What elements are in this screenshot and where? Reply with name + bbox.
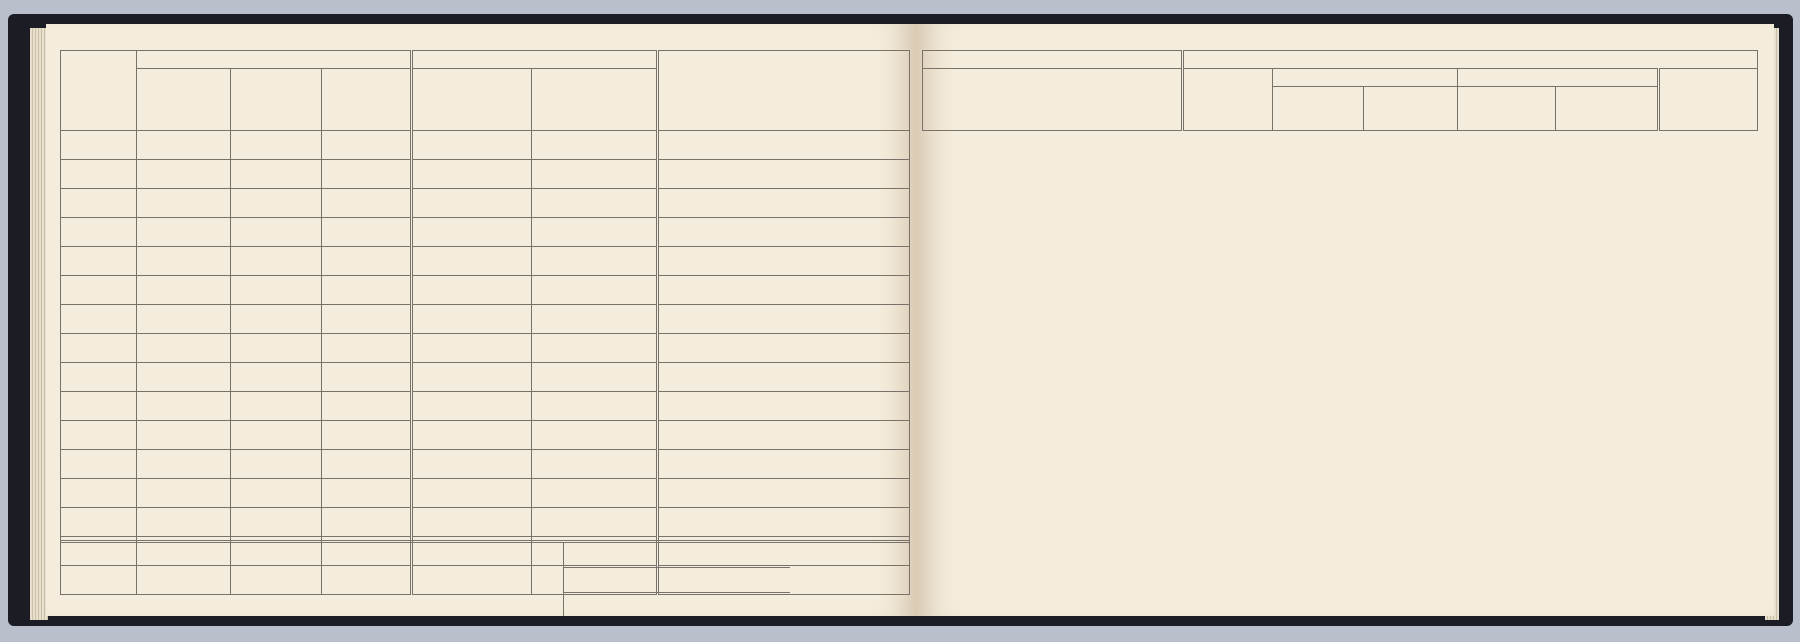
local-cross-country-header [411, 51, 657, 69]
from-header [411, 69, 532, 131]
solo-night-header [1556, 87, 1659, 131]
make-of-aircraft-header [136, 69, 230, 131]
make-of-engine-header [322, 69, 411, 131]
flight-entry-row [61, 334, 910, 363]
to-header [532, 69, 657, 131]
flight-entry-row [61, 421, 910, 450]
total-to-date-label [564, 593, 790, 616]
flight-entry-row [61, 305, 910, 334]
flight-entry-row [61, 189, 910, 218]
daily-total-header [1659, 69, 1758, 131]
aircraft-flown-header [136, 51, 411, 69]
time-entries-table [922, 50, 1758, 131]
flight-entry-row [61, 160, 910, 189]
amt-forward-label [564, 568, 790, 593]
left-page [46, 24, 916, 616]
flight-entry-row [61, 363, 910, 392]
flight-entry-row [61, 131, 910, 160]
flight-entry-row [61, 392, 910, 421]
as-instructor-header [1273, 87, 1363, 131]
flight-entries-table [60, 50, 910, 595]
flight-entry-row [61, 479, 910, 508]
flight-entry-row [61, 508, 910, 537]
certification-footer [60, 540, 910, 616]
logbook [8, 14, 1793, 626]
solo-day-header [1457, 87, 1556, 131]
instrument-header [1183, 69, 1273, 131]
dual-header [1273, 69, 1458, 87]
horsepower-classification-header [923, 51, 1183, 69]
right-page [916, 24, 1774, 616]
flight-entry-row [61, 450, 910, 479]
page-total-label [564, 543, 790, 568]
date-header [61, 51, 137, 131]
flight-entry-row [61, 276, 910, 305]
solo-header [1457, 69, 1658, 87]
certificate-number-header [230, 69, 322, 131]
time-header [1183, 51, 1758, 69]
flight-entry-row [61, 218, 910, 247]
flight-entry-row [61, 247, 910, 276]
remarks-header [657, 51, 910, 131]
